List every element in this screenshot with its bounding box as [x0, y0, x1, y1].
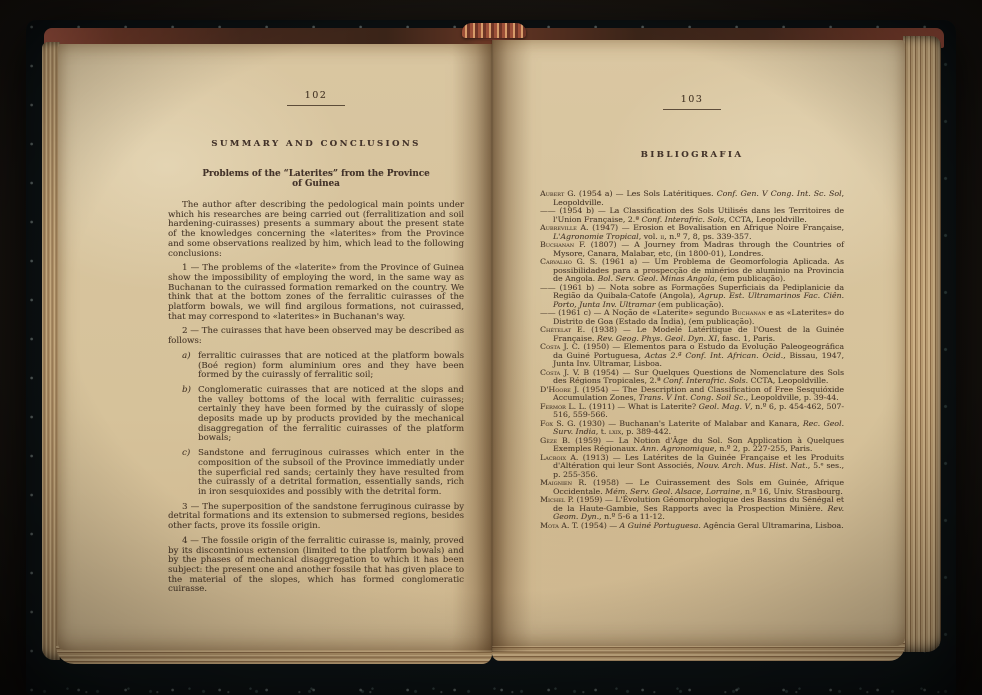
- left-body-text: The author after describing the pedologi…: [168, 201, 464, 595]
- list-item-a: a) ferralitic cuirasses that are noticed…: [168, 352, 464, 381]
- paragraph-1: 1 — The problems of the «laterite» from …: [168, 264, 464, 322]
- left-page-number-rule: [287, 105, 345, 106]
- right-page-number: 103: [540, 94, 844, 105]
- bibliography-entry: Buchanan F. (1807) — A Journey from Madr…: [540, 241, 844, 258]
- right-page-content: 103 BIBLIOGRAFIA Aubert G. (1954 a) — Le…: [540, 94, 844, 530]
- right-section-heading: BIBLIOGRAFIA: [540, 150, 844, 160]
- bibliography-entry: Gèze B. (1959) — La Notion d'Âge du Sol.…: [540, 437, 844, 454]
- paragraph-intro: The author after describing the pedologi…: [168, 201, 464, 259]
- page-edges-right: [903, 36, 941, 652]
- right-page-number-rule: [663, 109, 721, 110]
- bibliography-entry: Maignien R. (1958) — Le Cuirassement des…: [540, 479, 844, 496]
- bibliography-entry: Costa J. V. B (1954) — Sur Quelques Ques…: [540, 369, 844, 386]
- bibliography-entry: Costa J. C. (1950) — Elementos para o Es…: [540, 343, 844, 369]
- list-item-c: c) Sandstone and ferruginous cuirasses w…: [168, 449, 464, 498]
- open-book-photo: 102 SUMMARY AND CONCLUSIONS Problems of …: [0, 0, 982, 695]
- bibliography-entry: Carvalho G. S. (1961 a) — Um Problema de…: [540, 258, 844, 284]
- bibliography-entry: Aubreville A. (1947) — Erosion et Bovali…: [540, 224, 844, 241]
- list-item-b-text: Conglomeratic cuirasses that are noticed…: [198, 385, 464, 444]
- paragraph-2: 2 — The cuirasses that have been observe…: [168, 327, 464, 346]
- bibliography-entry: —— (1961 c) — A Noção de «Laterite» segu…: [540, 309, 844, 326]
- bibliography-entry: Michel P. (1959) — L'Évolution Géomorpho…: [540, 496, 844, 522]
- bibliography-entry: D'Hoore J. (1954) — The Description and …: [540, 386, 844, 403]
- paragraph-4: 4 — The fossile origin of the ferralitic…: [168, 537, 464, 595]
- left-page-number: 102: [168, 90, 464, 101]
- subtitle-line-2: of Guinea: [292, 179, 340, 189]
- bibliography-entry: Mota A. T. (1954) — A Guiné Portuguesa. …: [540, 522, 844, 531]
- left-page: 102 SUMMARY AND CONCLUSIONS Problems of …: [58, 44, 492, 650]
- list-item-a-text: ferralitic cuirasses that are noticed at…: [198, 351, 464, 380]
- bibliography-entry: —— (1954 b) — La Classification des Sols…: [540, 207, 844, 224]
- left-page-content: 102 SUMMARY AND CONCLUSIONS Problems of …: [168, 90, 464, 600]
- subtitle-line-1: Problems of the “Laterites” from the Pro…: [202, 169, 429, 179]
- bibliography-entry: Fermor L. L. (1911) — What is Laterite? …: [540, 403, 844, 420]
- bibliography-entry: Chételat E. (1938) — Le Modelé Latéritiq…: [540, 326, 844, 343]
- list-item-c-text: Sandstone and ferruginous cuirasses whic…: [198, 448, 464, 497]
- bibliography-entry: Fox S. G. (1930) — Buchanan's Laterite o…: [540, 420, 844, 437]
- bibliography-entry: Lacroix A. (1913) — Les Latérites de la …: [540, 454, 844, 480]
- right-page: 103 BIBLIOGRAFIA Aubert G. (1954 a) — Le…: [492, 40, 905, 646]
- list-item-b-label: b): [182, 386, 191, 396]
- list-item-b: b) Conglomeratic cuirasses that are noti…: [168, 386, 464, 444]
- bibliography-entry: Aubert G. (1954 a) — Les Sols Latéritiqu…: [540, 190, 844, 207]
- bibliography-entry: —— (1961 b) — Nota sobre as Formações Su…: [540, 284, 844, 310]
- list-item-c-label: c): [182, 449, 190, 459]
- left-subtitle: Problems of the “Laterites” from the Pro…: [168, 169, 464, 189]
- book-headband: [462, 23, 526, 38]
- left-section-heading: SUMMARY AND CONCLUSIONS: [168, 139, 464, 149]
- paragraph-3: 3 — The superposition of the sandstone f…: [168, 503, 464, 532]
- bibliography-entries: Aubert G. (1954 a) — Les Sols Latéritiqu…: [540, 190, 844, 530]
- list-item-a-label: a): [182, 352, 190, 362]
